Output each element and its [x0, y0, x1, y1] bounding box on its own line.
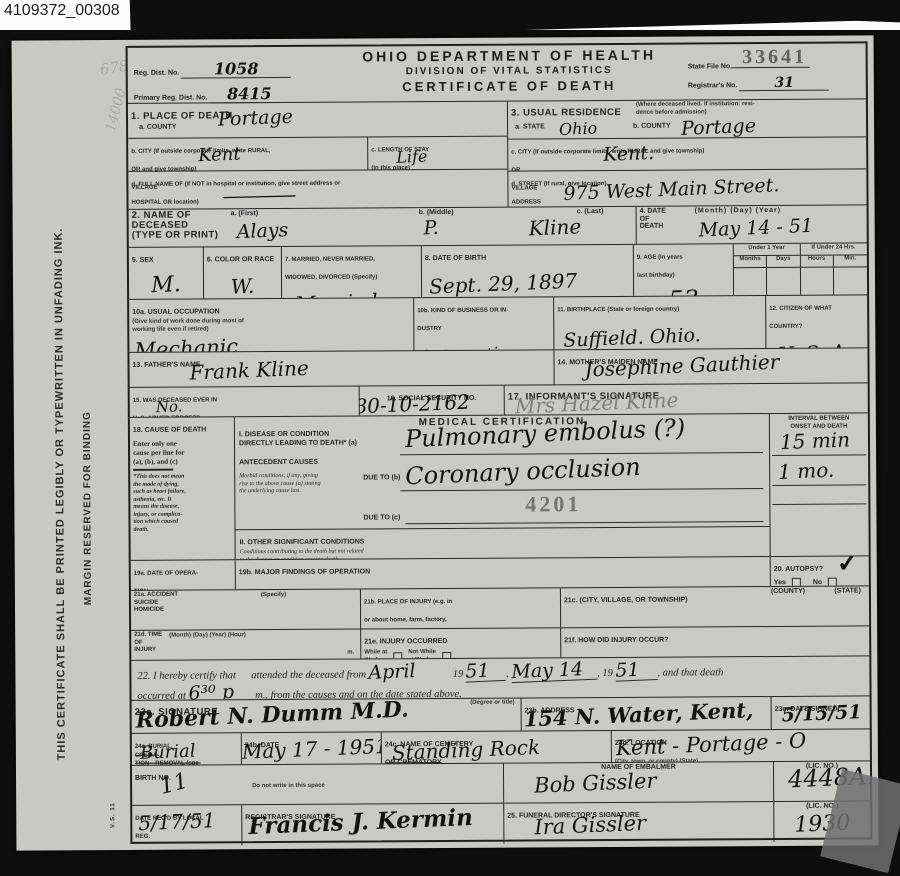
usual-residence-note: (Where deceased lived. If institution: r… — [636, 101, 755, 117]
dob-value: Sept. 29, 1897 — [429, 268, 631, 296]
industry-value: Automotive — [419, 344, 551, 350]
injury-occurred-field: 21e. INJURY OCCURRED While at Work Not W… — [361, 628, 561, 658]
not-while-at-work-checkbox — [442, 652, 451, 659]
industry-field: 10b. KIND OF BUSINESS OR IN- DUSTRY Auto… — [414, 297, 554, 350]
date-of-death-value: May 14 - 51 — [698, 217, 813, 241]
registrar-signature-field: REGISTRAR'S SIGNATURE Francis J. Kermin — [242, 804, 504, 846]
certify-to-year: 51 — [615, 660, 658, 682]
not-while-at-work-label: Not While at Work — [408, 649, 436, 658]
county-value: Portage — [218, 108, 294, 130]
race-field: 6. COLOR OR RACE W. — [204, 247, 282, 298]
injury-state-label: (STATE) — [834, 587, 861, 596]
medical-certification-block: MEDICAL CERTIFICATION I. DISEASE OR COND… — [235, 414, 771, 559]
residence-state-label: a. STATE — [515, 123, 545, 138]
registrar-signature-value: Francis J. Kermin — [248, 806, 473, 838]
age-sub-block: Under 1 Year If Under 24 Hrs. Months Day… — [734, 243, 867, 295]
scanned-document: 4109372_00308 6781 14000 THIS CERTIFICAT… — [0, 0, 900, 876]
reg-dist-value: 1058 — [214, 59, 259, 78]
disease-label: I. DISEASE OR CONDITION DIRECTLY LEADING… — [239, 431, 357, 449]
min-label: Min. — [834, 255, 867, 266]
embalmer-value: Bob Gissler — [534, 771, 657, 797]
autopsy-no-checkmark: ✓ — [836, 556, 859, 577]
certify-p3: , and that death — [657, 667, 723, 678]
ssn-field: 16. SOCIAL SECURITY NO. 280-10-2162 — [360, 386, 505, 416]
middle-name-value: P. — [423, 219, 439, 239]
autopsy-yes-label: Yes — [774, 579, 786, 586]
antecedent-label: ANTECEDENT CAUSES — [239, 459, 318, 468]
dept-title: OHIO DEPARTMENT OF HEALTH — [333, 47, 686, 65]
informant-field: 17. INFORMANT'S SIGNATURE Mrs Hazel Klin… — [505, 383, 868, 414]
do-not-write-note: Do not write in this space — [252, 783, 325, 791]
burial-field: 24a. BURIAL, CREMA- TION—REMOVAL (spe- c… — [132, 733, 242, 765]
margin-note-inner: MARGIN RESERVED FOR BINDING — [81, 275, 94, 605]
age-field: 9. AGE (In years last birthday) 53 — [634, 244, 734, 296]
how-injury-field: 21f. HOW DID INJURY OCCUR? — [561, 626, 869, 657]
autopsy-field: 20. AUTOPSY? Yes No ✓ — [771, 556, 869, 586]
date-recd-field: DATE REC'D BY LOCAL REG. 5/17/51 — [132, 805, 242, 846]
under-24-hrs-label: If Under 24 Hrs. — [800, 243, 867, 254]
under-1-year-label: Under 1 Year — [734, 244, 801, 255]
citizen-field: 12. CITIZEN OF WHAT COUNTRY? U. S. A. — [766, 295, 867, 348]
race-label: 6. COLOR OR RACE — [207, 256, 274, 263]
hours-label: Hours — [800, 256, 833, 267]
city-value: Kent — [198, 146, 241, 166]
citizen-value: U. S. A. — [777, 341, 865, 348]
form-number: V.S. 11 — [110, 778, 116, 828]
autopsy-yes-checkbox — [792, 578, 801, 586]
days-cell — [767, 268, 800, 295]
ssn-value: 280-10-2162 — [360, 392, 471, 416]
mother-name-value: Josephine Gauthier — [584, 352, 779, 380]
operation-findings-field: 19b. MAJOR FINDINGS OF OPERATION — [236, 557, 771, 589]
last-name-value: Kline — [528, 216, 581, 238]
industry-label: 10b. KIND OF BUSINESS OR IN- DUSTRY — [417, 308, 508, 333]
min-cell — [834, 267, 867, 294]
certificate-paper: 6781 14000 THIS CERTIFICATE SHALL BE PRI… — [12, 35, 879, 850]
degree-note: (Degree or title) — [470, 700, 514, 708]
registrar-no-value: 31 — [774, 75, 794, 91]
place-of-death-block: 1. PLACE OF DEATH a. COUNTY Portage b. C… — [128, 102, 509, 209]
date-signed-field: 23c. DATE SIGNED 5/15/51 — [772, 696, 870, 729]
injury-city-label: 21c. (CITY, VILLAGE, OR TOWNSHIP) — [564, 597, 688, 605]
certify-statement: 22. I hereby certify that attended the d… — [131, 656, 869, 700]
while-at-work-label: While at Work — [364, 649, 387, 658]
hours-cell — [800, 268, 833, 295]
father-name-value: Frank Kline — [189, 358, 309, 383]
injury-time-cols: (Month) (Day) (Year) (Hour) — [169, 632, 246, 640]
accident-field: 21a. ACCIDENT SUICIDE HOMICIDE (Specify) — [131, 590, 361, 630]
state-file-label: State File No. — [688, 63, 732, 70]
certify-p2: attended the deceased from — [251, 669, 366, 681]
first-name-label: a. (First) — [231, 210, 259, 219]
injury-occurred-label: 21e. INJURY OCCURRED — [364, 638, 447, 646]
first-name-value: Alays — [236, 221, 288, 242]
dob-label: 8. DATE OF BIRTH — [425, 255, 486, 262]
operation-date-field: 19a. DATE OF OPERA- TION — [131, 560, 236, 590]
division-title: DIVISION OF VITAL STATISTICS — [333, 65, 686, 78]
residence-city-value: Kent. — [603, 144, 655, 165]
date-of-death-block: 4. DATE OF DEATH (Month) (Day) (Year) Ma… — [637, 205, 867, 243]
embalmer-field: NAME OF EMBALMER Bob Gissler — [504, 762, 774, 803]
citizen-label: 12. CITIZEN OF WHAT COUNTRY? — [769, 306, 832, 330]
physician-address-value: 154 N. Water, Kent, — [523, 699, 753, 729]
certify-y19a: 19 — [453, 669, 464, 680]
injury-time-label: 21d. TIME OF INJURY — [134, 632, 162, 655]
armed-forces-value: No. — [155, 399, 182, 415]
while-at-work-checkbox — [393, 652, 402, 658]
autopsy-no-label: No — [813, 579, 822, 586]
autopsy-label: 20. AUTOPSY? — [774, 566, 823, 573]
cemetery-field: 24c. NAME OF CEMETERY OR CREMATORY Stand… — [382, 731, 612, 763]
scan-corner-id: 4109372_00308 — [4, 2, 120, 20]
certify-to-value: May 14 — [511, 660, 598, 684]
certify-time-value: 6³⁰ p — [188, 682, 253, 700]
sex-label: 5. SEX — [132, 257, 154, 264]
occupation-label: 10a. USUAL OCCUPATION — [132, 308, 220, 316]
marital-value: Married — [295, 289, 419, 298]
certify-p4: occurred at — [138, 691, 186, 700]
certify-p1: 22. I hereby certify that — [137, 670, 236, 682]
name-of-deceased-block: 2. NAME OF DECEASED (TYPE OR PRINT) a. (… — [129, 207, 637, 247]
months-cell — [734, 268, 767, 295]
interval-a-value: 15 min — [780, 429, 851, 452]
autopsy-no-checkbox — [828, 578, 837, 586]
residence-state-value: Ohio — [558, 120, 597, 139]
cause-side-note-2: *This does not mean the mode of dying, s… — [133, 474, 231, 535]
birthplace-value: Suffield. Ohio. — [563, 324, 763, 350]
name-title: 2. NAME OF DECEASED (TYPE OR PRINT) — [132, 210, 219, 240]
father-name-field: 13. FATHER'S NAME Frank Kline — [129, 350, 554, 387]
interval-b-value: 1 mo. — [778, 460, 835, 482]
burial-location-value: Kent - Portage - O — [615, 730, 806, 759]
months-label: Months — [734, 256, 767, 267]
days-label: Days — [767, 256, 800, 267]
marital-label: 7. MARRIED, NEVER MARRIED, WIDOWED, DIVO… — [285, 256, 377, 281]
physician-address-field: 23b. ADDRESS 154 N. Water, Kent, — [522, 697, 772, 731]
birthplace-label: 11. BIRTHPLACE (State or foreign country… — [557, 307, 679, 314]
birth-no-value: 11 — [158, 771, 191, 799]
injury-place-label: 21b. PLACE OF INJURY (e.g. in or about h… — [364, 599, 452, 629]
how-injury-label: 21f. HOW DID INJURY OCCUR? — [564, 637, 668, 645]
age-value: 53 — [637, 286, 731, 296]
accident-label: 21a. ACCIDENT SUICIDE HOMICIDE — [134, 592, 178, 615]
other-conditions-label: II. OTHER SIGNIFICANT CONDITIONS — [240, 538, 365, 546]
residence-county-value: Portage — [680, 117, 756, 139]
cause-of-death-sidebar: 18. CAUSE OF DEATH Enter only one cause … — [130, 417, 236, 560]
funeral-director-value: Ira Gissler — [534, 813, 647, 839]
physician-signature-field: 23a. SIGNATURE (Degree or title) Robert … — [132, 699, 522, 733]
occupation-field: 10a. USUAL OCCUPATION (Give kind of work… — [129, 298, 414, 352]
interval-column: INTERVAL BETWEEN ONSET AND DEATH 15 min … — [770, 413, 869, 556]
certify-from-value: April — [368, 660, 453, 682]
antecedent-note: Morbid conditions, if any, giving rise t… — [239, 473, 320, 496]
reg-dist-label: Reg. Dist. No. — [134, 70, 180, 77]
burial-date-value: May 17 - 1951 — [242, 736, 382, 762]
injury-time-m: m. — [347, 649, 354, 657]
mother-name-field: 14. MOTHER'S MAIDEN NAME Josephine Gauth… — [554, 348, 867, 384]
injury-place-field: 21b. PLACE OF INJURY (e.g. in or about h… — [361, 588, 561, 628]
usual-residence-block: 3. USUAL RESIDENCE (Where deceased lived… — [508, 99, 867, 206]
marital-field: 7. MARRIED, NEVER MARRIED, WIDOWED, DIVO… — [282, 246, 422, 298]
date-recd-value: 5/17/51 — [138, 810, 216, 833]
certify-from-year: 51 — [465, 661, 506, 683]
scan-top-strip: 4109372_00308 — [0, 0, 900, 30]
armed-forces-field: 15. WAS DECEASED EVER IN U. S. ARMED FOR… — [130, 387, 360, 417]
burial-date-field: 24b. DATE May 17 - 1951 — [242, 732, 382, 764]
burial-value: Burial — [140, 743, 196, 763]
certificate-title: CERTIFICATE OF DEATH — [333, 78, 686, 95]
cause-of-death-label: 18. CAUSE OF DEATH — [133, 426, 206, 433]
burial-location-field: 24d. LOCATION (City, town, or county) (S… — [612, 729, 870, 762]
birthplace-field: 11. BIRTHPLACE (State or foreign country… — [554, 296, 766, 349]
file-number-block: 33641 State File No. Registrar's No. 31 — [686, 43, 866, 99]
sex-field: 5. SEX M. — [129, 247, 204, 298]
injury-county-label: (COUNTY) — [771, 588, 805, 597]
due-to-c-label: DUE TO (c) — [363, 514, 400, 523]
operation-date-label: 19a. DATE OF OPERA- TION — [134, 571, 198, 590]
form-header: Reg. Dist. No. 1058 Primary Reg. Dist. N… — [128, 43, 866, 104]
hospital-value: — — [216, 184, 301, 206]
date-of-death-cols: (Month) (Day) (Year) — [695, 207, 782, 216]
cemetery-value: Standing Rock — [392, 737, 541, 763]
residence-county-label: b. COUNTY — [633, 123, 671, 138]
reg-district-block: Reg. Dist. No. 1058 Primary Reg. Dist. N… — [128, 47, 333, 103]
usual-residence-title: 3. USUAL RESIDENCE — [511, 107, 621, 119]
informant-value: Mrs Hazel Kline — [514, 390, 678, 415]
primary-reg-label: Primary Reg. Dist. No. — [134, 94, 208, 101]
title-block: OHIO DEPARTMENT OF HEALTH DIVISION OF VI… — [333, 45, 686, 102]
primary-reg-value: 8415 — [227, 84, 272, 103]
injury-time-field: 21d. TIME OF INJURY (Month) (Day) (Year)… — [131, 630, 361, 660]
certify-y19b: 19 — [602, 668, 613, 679]
injury-city-field: 21c. (CITY, VILLAGE, OR TOWNSHIP) (COUNT… — [561, 586, 869, 627]
accident-specify-note: (Specify) — [261, 592, 286, 600]
date-of-death-label: 4. DATE OF DEATH — [640, 208, 666, 231]
dob-field: 8. DATE OF BIRTH Sept. 29, 1897 — [422, 245, 634, 297]
sex-value: M. — [132, 273, 201, 298]
operation-findings-label: 19b. MAJOR FINDINGS OF OPERATION — [239, 568, 370, 576]
certificate-form: Reg. Dist. No. 1058 Primary Reg. Dist. N… — [126, 41, 873, 844]
due-to-b-label: DUE TO (b) — [363, 474, 400, 483]
age-label: 9. AGE (In years last birthday) — [637, 255, 683, 279]
birth-no-field: BIRTH NO. 11 Do not write in this space — [132, 764, 504, 805]
margin-note-outer: THIS CERTIFICATE SHALL BE PRINTED LEGIBL… — [52, 160, 68, 760]
funeral-director-field: 25. FUNERAL DIRECTOR'S SIGNATURE Ira Gis… — [504, 802, 774, 844]
registrar-no-label: Registrar's No. — [688, 82, 738, 89]
cause-side-note-1: Enter only one cause per line for (a), (… — [133, 439, 231, 466]
length-of-stay-value: Life — [396, 149, 428, 166]
physician-signature-value: Robert N. Dumm M.D. — [135, 699, 409, 732]
date-signed-value: 5/15/51 — [781, 703, 862, 725]
county-label: a. COUNTY — [139, 122, 504, 133]
race-value: W. — [207, 275, 279, 298]
